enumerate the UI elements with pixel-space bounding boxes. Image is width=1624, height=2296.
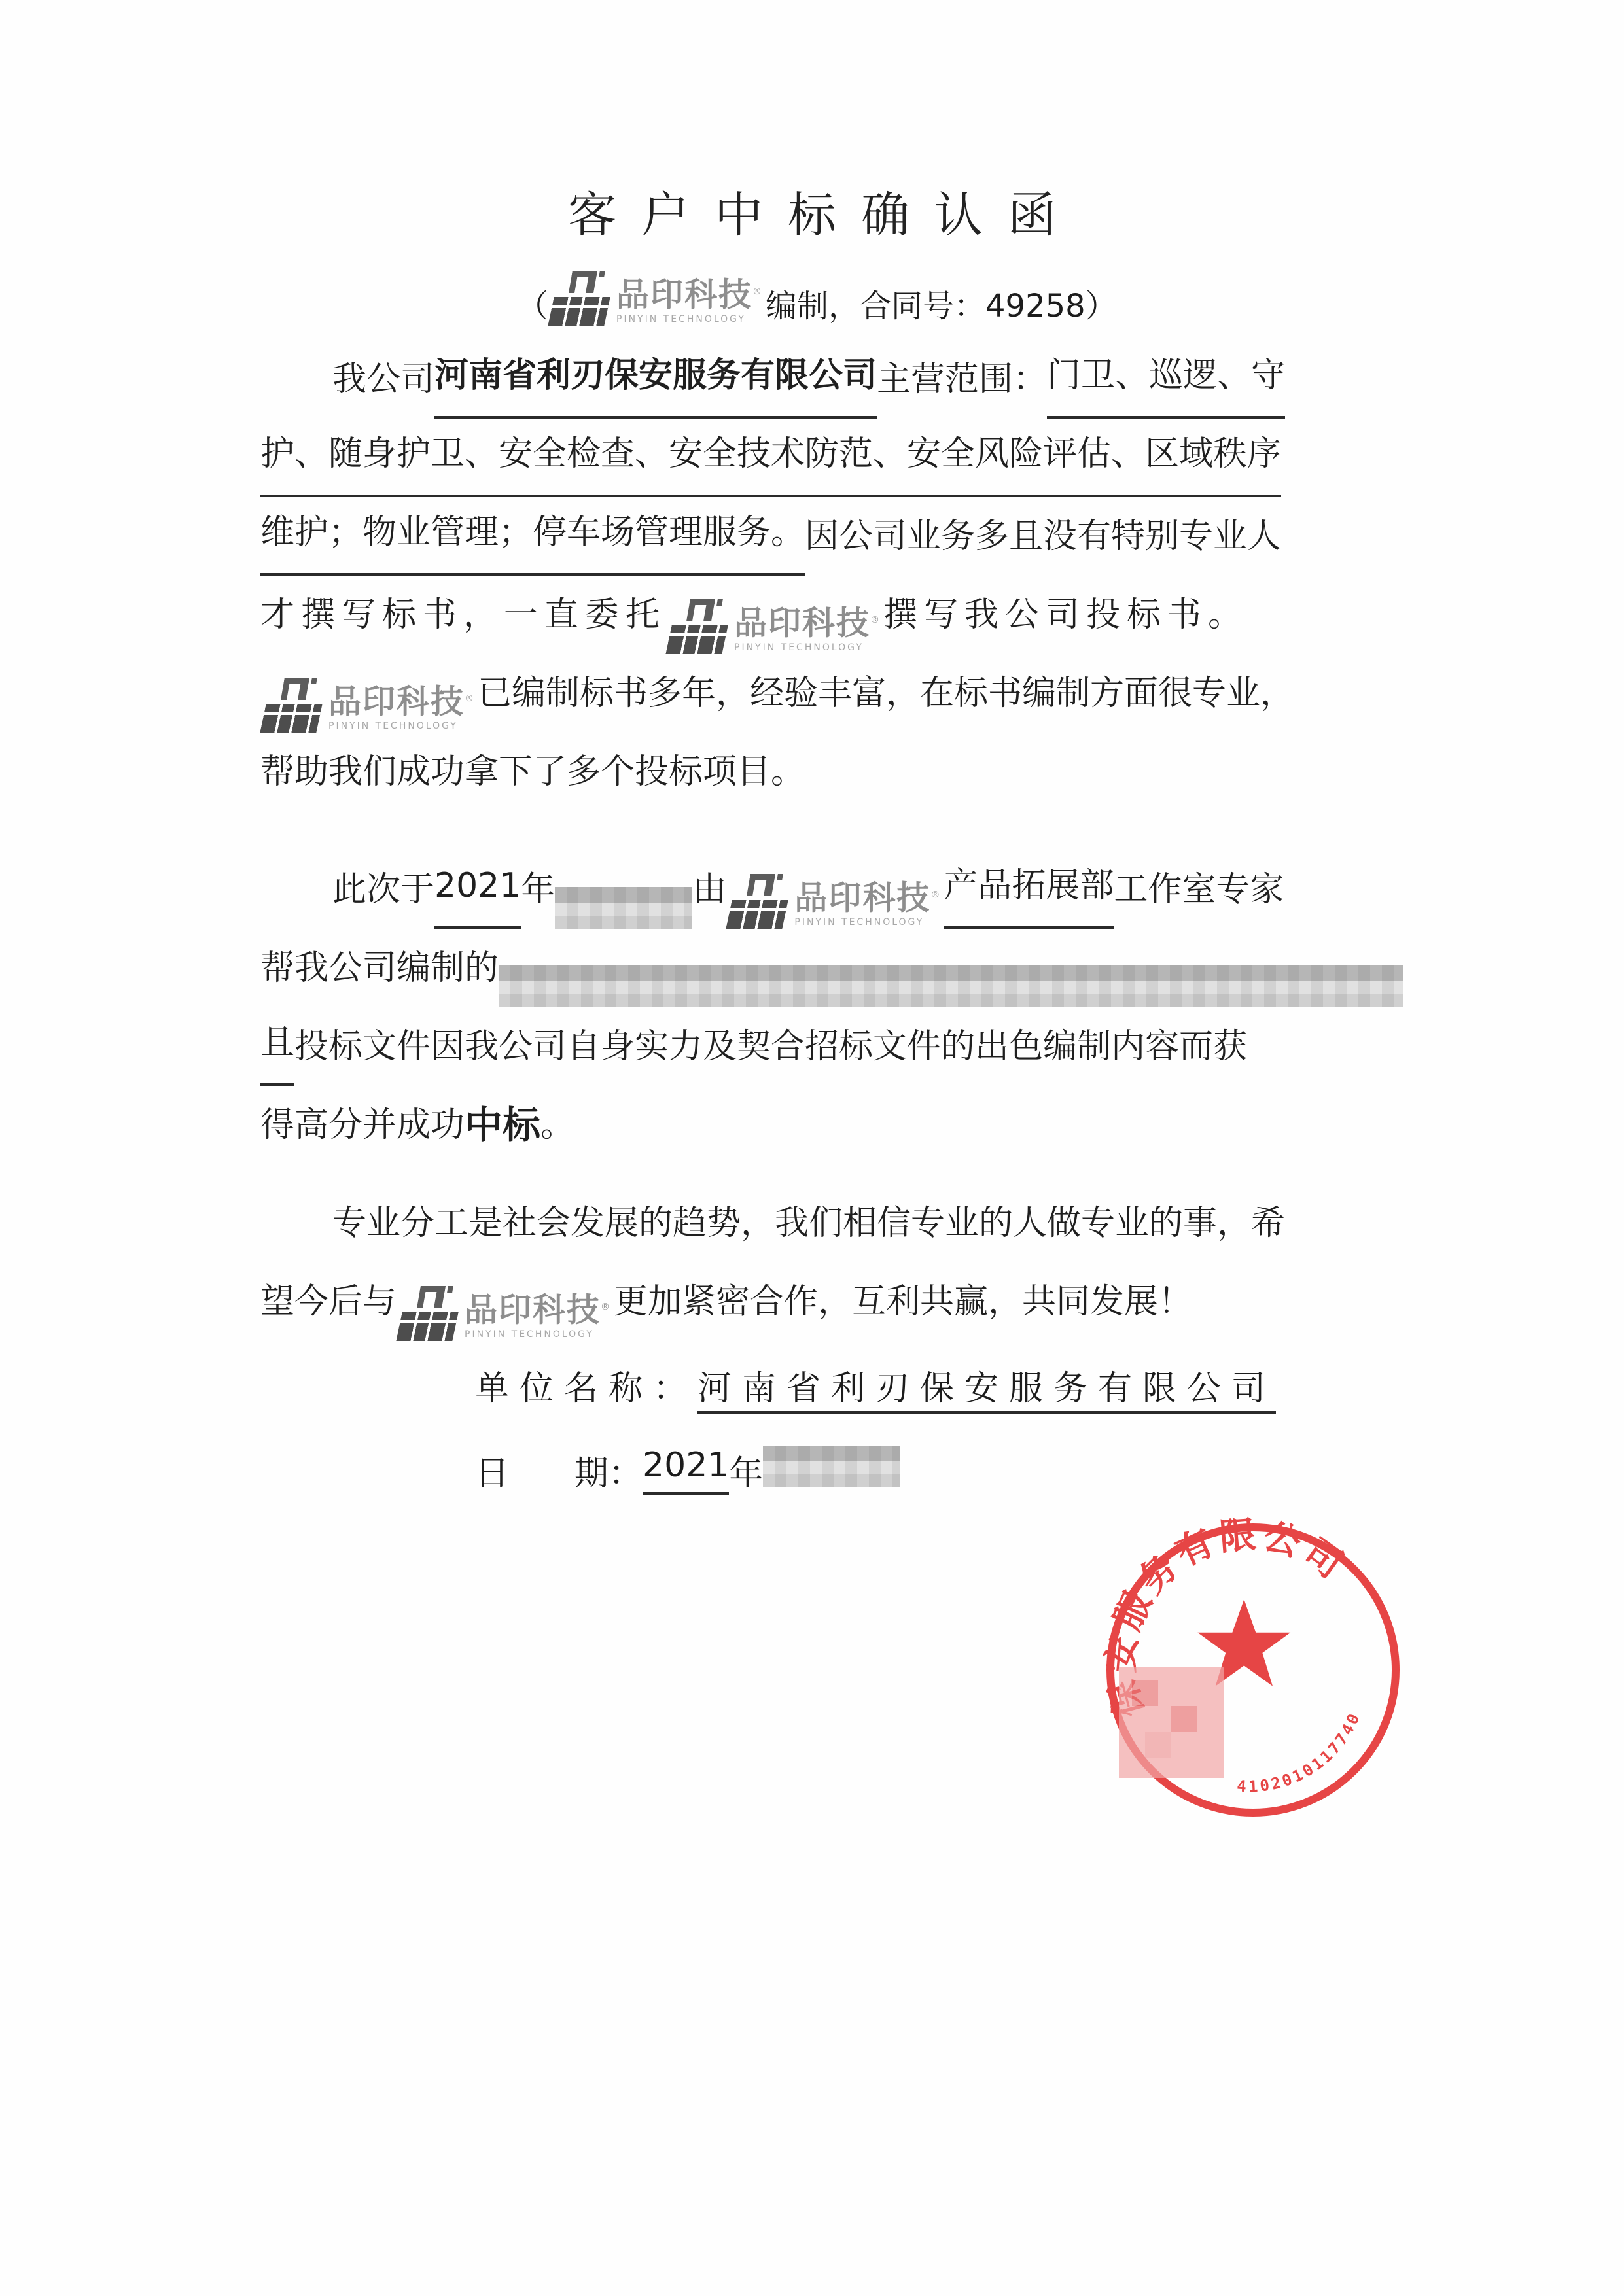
date-label: 期： (574, 1446, 643, 1495)
company-label: 单位名称： (475, 1361, 697, 1414)
registered-mark: ® (601, 1302, 611, 1312)
logo-cn-text: 品印科技 (734, 604, 870, 642)
text: 此次于 (332, 850, 434, 929)
text: 望今后与 (260, 1262, 397, 1341)
text: 更加紧密合作，互利共赢，共同发展！ (614, 1262, 1192, 1341)
text: 投标文件因我公司自身实力及契合招标文件的出色编制内容而获 (294, 1007, 1247, 1086)
text: 由 (692, 850, 726, 929)
registered-mark: ® (465, 693, 475, 704)
company-value: 河南省利刃保安服务有限公司 (697, 1361, 1276, 1414)
business-scope: 护、随身护卫、安全检查、安全技术防范、安全风险评估、区域秩序 (260, 415, 1281, 497)
pinyin-logo-icon (551, 271, 607, 326)
pinyin-logo: 品印科技® PINYIN TECHNOLOGY (669, 599, 881, 654)
text: 撰写我公司投标书。 (883, 576, 1248, 654)
text: 帮我公司编制的 (260, 929, 499, 1007)
logo-cn-text: 品印科技 (465, 1291, 601, 1329)
document-title: 客户中标确认函 (0, 177, 1624, 246)
redacted-date (763, 1446, 900, 1487)
text: 因公司业务多且没有特别专业人 (805, 497, 1281, 576)
text: 主营范围： (877, 340, 1047, 419)
subtitle-contract: 编制，合同号：49258） (766, 281, 1117, 326)
business-scope: 门卫、巡逻、守 (1047, 336, 1285, 419)
registered-mark: ® (752, 287, 763, 297)
company-seal-icon: 保安服务有限公司 4102010117740 (1099, 1516, 1407, 1824)
logo-en-text: PINYIN TECHNOLOGY (794, 916, 924, 929)
pinyin-logo-icon (399, 1286, 455, 1341)
redacted-seal-area (1119, 1667, 1224, 1778)
text: 年 (521, 850, 555, 929)
text: 且 (260, 1003, 294, 1086)
text: 帮助我们成功拿下了多个投标项目。 (260, 733, 805, 811)
document-page: 客户中标确认函 （ 品印科技® PINYIN TECHNOLOGY 编制，合同号… (0, 0, 1624, 2296)
pinyin-logo: 品印科技® PINYIN TECHNOLOGY (399, 1286, 611, 1341)
text: 工作室专家 (1114, 850, 1284, 929)
registered-mark: ® (870, 615, 881, 625)
text: 。 (540, 1086, 574, 1164)
date-suffix: 年 (729, 1446, 763, 1495)
pinyin-logo-icon (669, 599, 725, 654)
registered-mark: ® (930, 890, 941, 900)
logo-en-text: PINYIN TECHNOLOGY (465, 1328, 594, 1341)
paragraph-2: 此次于 2021 年 由 品印科技® PINYIN TECHNOLOGY 产品拓… (260, 850, 1403, 1164)
pinyin-logo-icon (729, 874, 785, 929)
pinyin-logo: 品印科技® PINYIN TECHNOLOGY (263, 678, 475, 733)
date-year: 2021 (643, 1446, 729, 1495)
subtitle-open-paren: （ (517, 281, 548, 326)
win-bid-emphasis: 中标 (465, 1086, 540, 1164)
year: 2021 (434, 846, 521, 929)
text: 已编制标书多年，经验丰富，在标书编制方面很专业， (478, 654, 1294, 733)
logo-cn-text: 品印科技 (616, 276, 752, 314)
text: 专业分工是社会发展的趋势，我们相信专业的人做专业的事，希 (332, 1184, 1285, 1262)
logo-en-text: PINYIN TECHNOLOGY (734, 641, 864, 654)
signature-date: 日 期： 2021 年 (475, 1446, 900, 1495)
department: 产品拓展部 (944, 846, 1114, 929)
logo-en-text: PINYIN TECHNOLOGY (328, 720, 458, 733)
pinyin-logo-icon (263, 678, 319, 733)
redacted-project-name (499, 965, 1403, 1007)
text: 才撰写标书，一直委托 (260, 576, 666, 654)
text: 我公司 (332, 340, 434, 419)
paragraph-1: 我公司 河南省利刃保安服务有限公司 主营范围： 门卫、巡逻、守 护、随身护卫、安… (260, 340, 1403, 811)
logo-cn-text: 品印科技 (794, 879, 930, 917)
date-label: 日 (475, 1446, 509, 1495)
logo-en-text: PINYIN TECHNOLOGY (616, 313, 746, 326)
paragraph-3: 专业分工是社会发展的趋势，我们相信专业的人做专业的事，希 望今后与 品印科技® … (260, 1184, 1403, 1341)
redacted-date (555, 887, 692, 929)
pinyin-logo: 品印科技® PINYIN TECHNOLOGY (551, 271, 763, 326)
signature-company: 单位名称： 河南省利刃保安服务有限公司 (475, 1361, 1276, 1414)
pinyin-logo: 品印科技® PINYIN TECHNOLOGY (729, 874, 941, 929)
logo-cn-text: 品印科技 (328, 683, 465, 721)
company-name: 河南省利刃保安服务有限公司 (434, 336, 877, 419)
document-subtitle: （ 品印科技® PINYIN TECHNOLOGY 编制，合同号：49258） (517, 267, 1117, 326)
business-scope: 维护；物业管理；停车场管理服务。 (260, 493, 805, 576)
text: 得高分并成功 (260, 1086, 465, 1164)
